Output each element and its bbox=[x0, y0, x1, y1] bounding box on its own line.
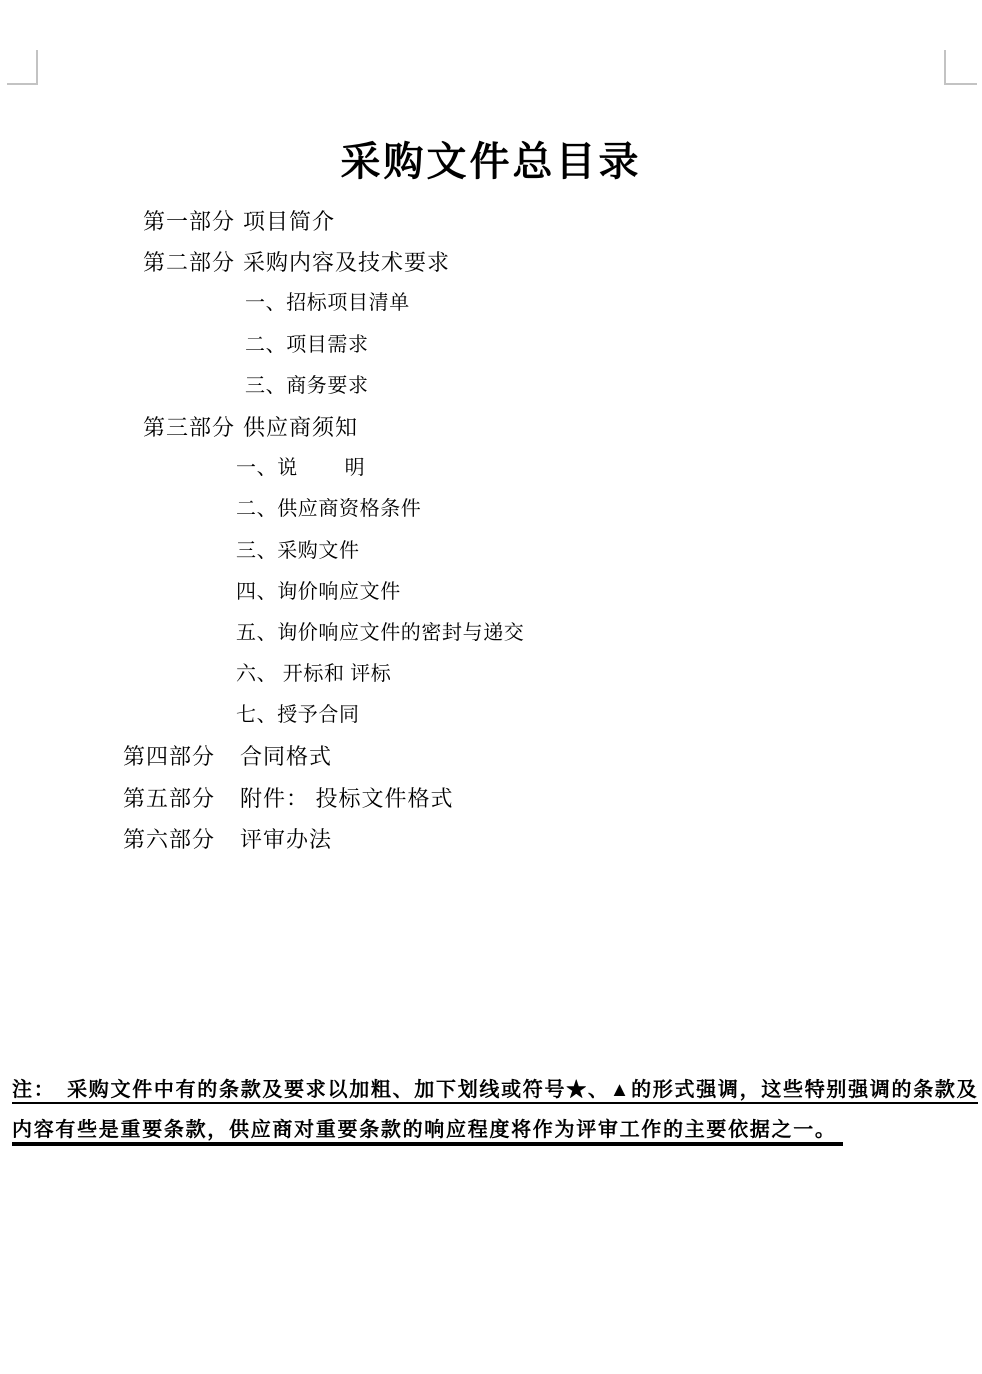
toc-part-title: 评审办法 bbox=[240, 827, 332, 852]
toc-entry: 七、授予合同 bbox=[0, 695, 982, 736]
toc-entry: 第五部分附件： 投标文件格式 bbox=[0, 778, 982, 819]
note-underlined-text: 内容有些是重要条款，供应商对重要条款的响应程度将作为评审工作的主要依据之一。 bbox=[12, 1119, 843, 1146]
note-underlined-text: 注： 采购文件中有的条款及要求以加粗、加下划线或符号★、▲的形式强调，这些特别强… bbox=[12, 1079, 978, 1104]
toc-item-text: 四、询价响应文件 bbox=[236, 581, 401, 603]
toc-item-text: 二、项目需求 bbox=[245, 334, 369, 356]
toc-entry: 一、说 明 bbox=[0, 448, 982, 489]
toc-item-text: 二、供应商资格条件 bbox=[236, 498, 421, 520]
toc-entry: 一、招标项目清单 bbox=[0, 283, 982, 324]
toc-entry: 三、商务要求 bbox=[0, 366, 982, 407]
emphasis-note: 注： 采购文件中有的条款及要求以加粗、加下划线或符号★、▲的形式强调，这些特别强… bbox=[12, 1070, 978, 1150]
toc-entry: 三、采购文件 bbox=[0, 531, 982, 572]
toc-entry: 二、供应商资格条件 bbox=[0, 489, 982, 530]
document-title: 采购文件总目录 bbox=[0, 142, 982, 182]
toc-entry: 四、询价响应文件 bbox=[0, 572, 982, 613]
toc-part-number: 第一部分 bbox=[143, 209, 235, 234]
toc-part-title: 附件： 投标文件格式 bbox=[240, 786, 454, 811]
toc-item-text: 一、招标项目清单 bbox=[245, 292, 410, 314]
toc-item-text: 六、 开标和 评标 bbox=[236, 663, 391, 685]
toc-item-text: 一、说 明 bbox=[236, 457, 365, 479]
toc-entry: 五、询价响应文件的密封与递交 bbox=[0, 613, 982, 654]
note-line: 注： 采购文件中有的条款及要求以加粗、加下划线或符号★、▲的形式强调，这些特别强… bbox=[12, 1070, 978, 1110]
toc-item-text: 五、询价响应文件的密封与递交 bbox=[236, 622, 524, 644]
toc-item-text: 三、采购文件 bbox=[236, 540, 360, 562]
table-of-contents: 第一部分项目简介第二部分采购内容及技术要求一、招标项目清单二、项目需求三、商务要… bbox=[0, 201, 982, 860]
margin-crop-mark-left bbox=[7, 50, 38, 85]
toc-entry: 第二部分采购内容及技术要求 bbox=[0, 242, 982, 283]
toc-part-number: 第六部分 bbox=[123, 827, 215, 852]
toc-entry: 二、项目需求 bbox=[0, 325, 982, 366]
toc-part-title: 合同格式 bbox=[240, 744, 332, 769]
toc-entry: 第六部分评审办法 bbox=[0, 819, 982, 860]
toc-item-text: 三、商务要求 bbox=[245, 375, 369, 397]
note-line: 内容有些是重要条款，供应商对重要条款的响应程度将作为评审工作的主要依据之一。 bbox=[12, 1110, 978, 1150]
toc-entry: 第三部分供应商须知 bbox=[0, 407, 982, 448]
toc-part-title: 供应商须知 bbox=[243, 415, 358, 440]
toc-item-text: 七、授予合同 bbox=[236, 704, 360, 726]
toc-entry: 第一部分项目简介 bbox=[0, 201, 982, 242]
toc-part-number: 第四部分 bbox=[123, 744, 215, 769]
toc-part-title: 采购内容及技术要求 bbox=[243, 250, 450, 275]
document-page: 采购文件总目录 第一部分项目简介第二部分采购内容及技术要求一、招标项目清单二、项… bbox=[0, 0, 982, 1374]
toc-entry: 第四部分合同格式 bbox=[0, 736, 982, 777]
toc-part-number: 第三部分 bbox=[143, 415, 235, 440]
toc-part-title: 项目简介 bbox=[243, 209, 335, 234]
toc-part-number: 第五部分 bbox=[123, 786, 215, 811]
toc-entry: 六、 开标和 评标 bbox=[0, 654, 982, 695]
margin-crop-mark-right bbox=[944, 50, 977, 85]
toc-part-number: 第二部分 bbox=[143, 250, 235, 275]
